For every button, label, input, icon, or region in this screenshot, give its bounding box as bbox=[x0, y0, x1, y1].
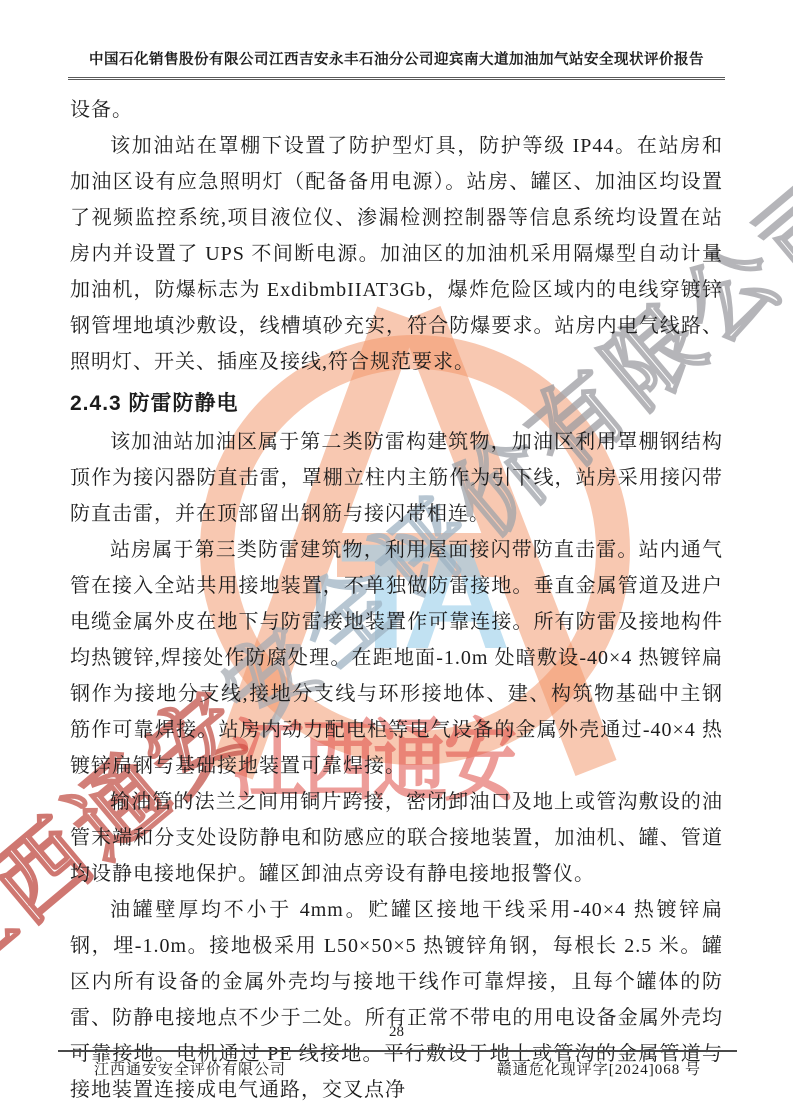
report-page: TA 江西通安安全评价有限公司 江西通安 中国石化销售股份有限公司江西吉安永丰石… bbox=[0, 0, 793, 1120]
body-paragraph: 该加油站在罩棚下设置了防护型灯具，防护等级 IP44。在站房和加油区设有应急照明… bbox=[70, 128, 723, 380]
page-header-title: 中国石化销售股份有限公司江西吉安永丰石油分公司迎宾南大道加油加气站安全现状评价报… bbox=[68, 48, 725, 80]
body-paragraph: 设备。 bbox=[70, 92, 723, 128]
footer-rule bbox=[58, 1050, 737, 1052]
diagonal-watermark-char: 江 bbox=[0, 872, 30, 1002]
body-paragraph: 站房属于第三类防雷建筑物，利用屋面接闪带防直击雷。站内通气管在接入全站共用接地装… bbox=[70, 532, 723, 784]
page-footer: 江西通安安全评价有限公司 赣通危化现评字[2024]068 号 bbox=[58, 1056, 737, 1079]
footer-company-name: 江西通安安全评价有限公司 bbox=[94, 1058, 286, 1079]
body-paragraph: 输油管的法兰之间用铜片跨接，密闭卸油口及地上或管沟敷设的油管末端和分支处设防静电… bbox=[70, 784, 723, 892]
document-body: 设备。该加油站在罩棚下设置了防护型灯具，防护等级 IP44。在站房和加油区设有应… bbox=[70, 92, 723, 1108]
body-paragraph: 该加油站加油区属于第二类防雷构建筑物，加油区利用罩棚钢结构顶作为接闪器防直击雷，… bbox=[70, 424, 723, 532]
footer-document-number: 赣通危化现评字[2024]068 号 bbox=[497, 1058, 701, 1079]
page-number: 28 bbox=[0, 1024, 793, 1041]
section-heading: 2.4.3 防雷防静电 bbox=[70, 386, 723, 422]
diagonal-watermark-char: 司 bbox=[743, 164, 793, 294]
